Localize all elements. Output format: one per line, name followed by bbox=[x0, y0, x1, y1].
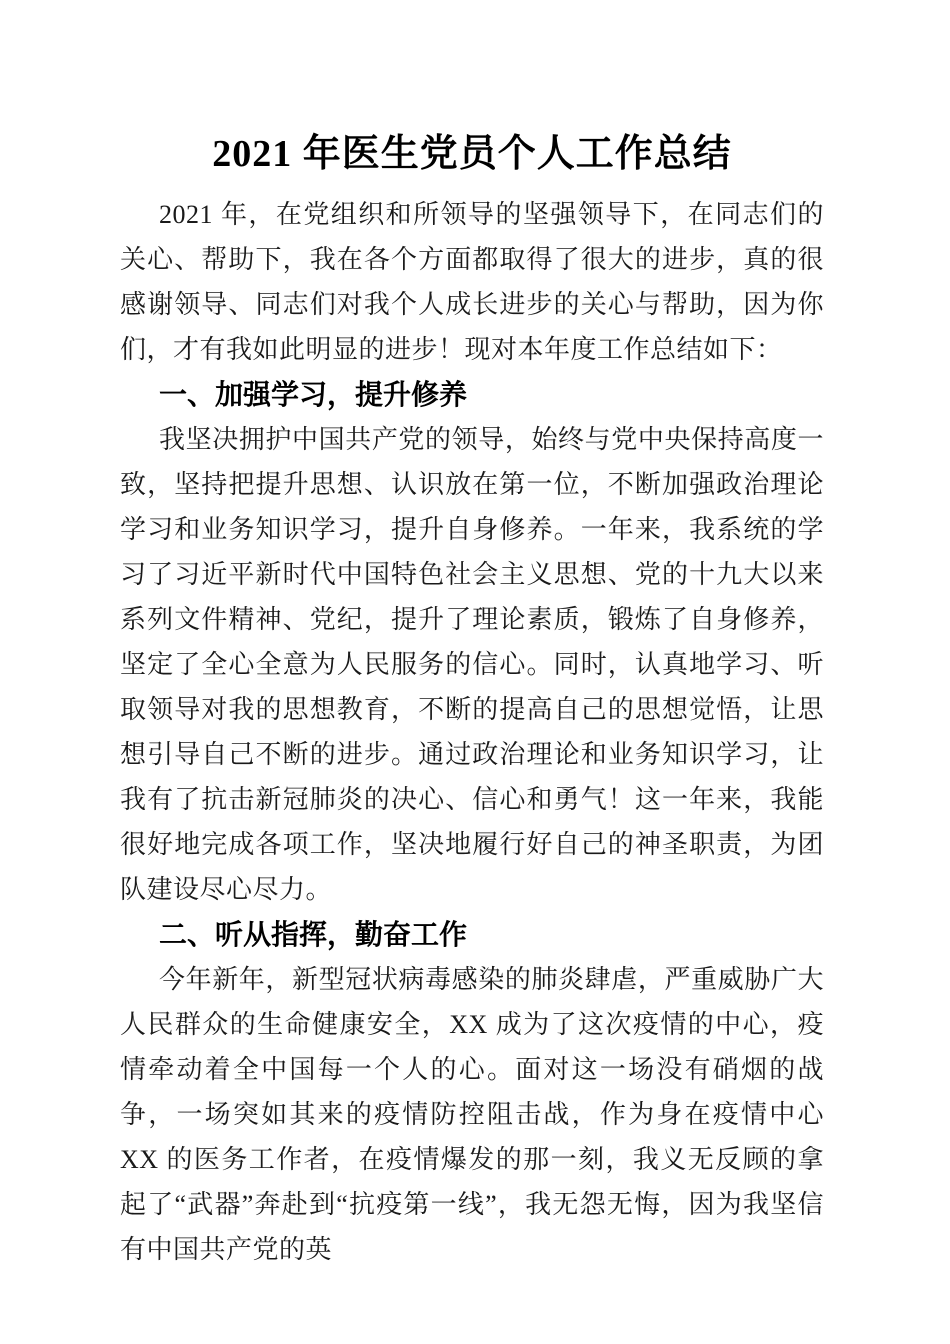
section-1-paragraph: 我坚决拥护中国共产党的领导，始终与党中央保持高度一致，坚持把提升思想、认识放在第… bbox=[120, 417, 824, 912]
section-2-paragraph: 今年新年，新型冠状病毒感染的肺炎肆虐，严重威胁广大人民群众的生命健康安全，XX … bbox=[120, 957, 824, 1272]
intro-paragraph: 2021 年，在党组织和所领导的坚强领导下，在同志们的关心、帮助下，我在各个方面… bbox=[120, 192, 824, 372]
document-page: 2021 年医生党员个人工作总结 2021 年，在党组织和所领导的坚强领导下，在… bbox=[0, 0, 950, 1344]
document-title: 2021 年医生党员个人工作总结 bbox=[120, 130, 824, 178]
section-1-heading: 一、加强学习，提升修养 bbox=[120, 372, 824, 417]
section-2-heading: 二、听从指挥，勤奋工作 bbox=[120, 912, 824, 957]
